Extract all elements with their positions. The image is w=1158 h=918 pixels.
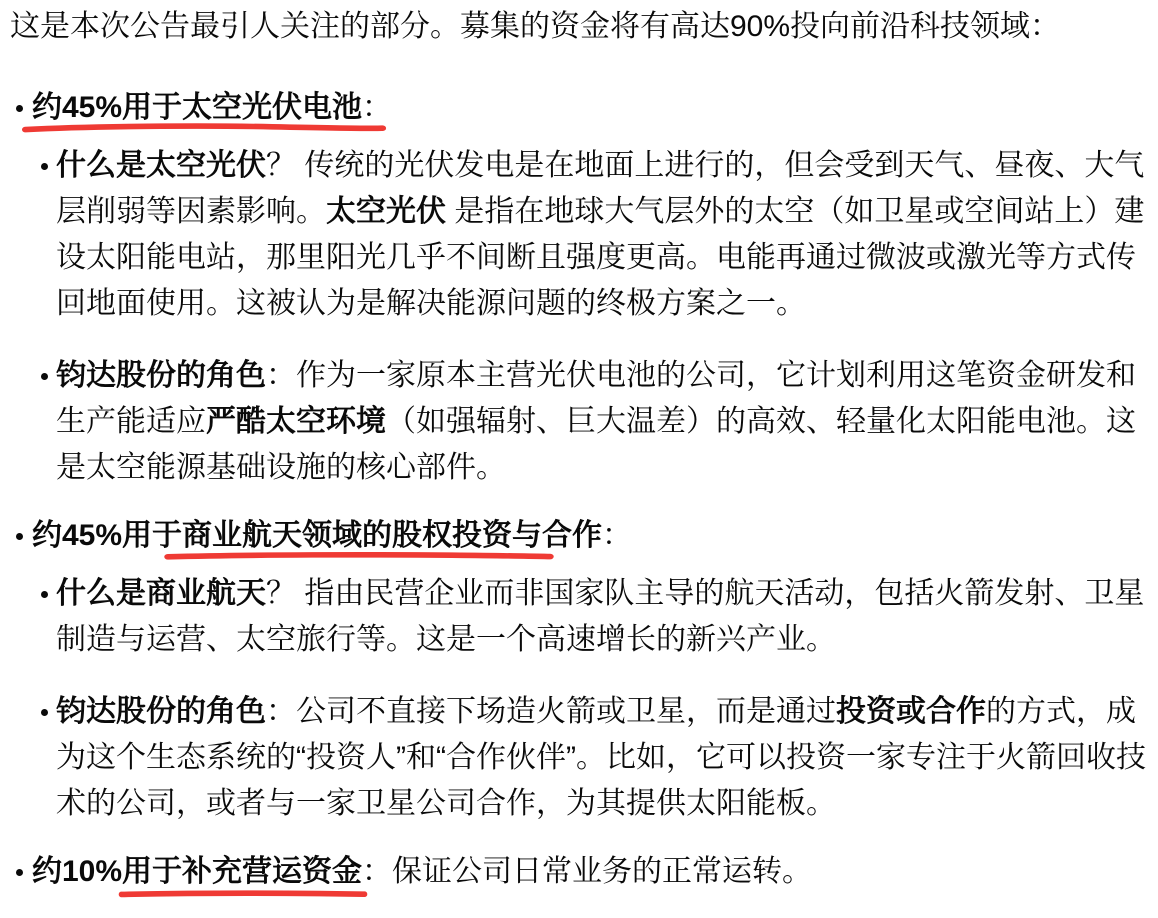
list-item-commercial-space-allocation: 约45%用于商业航天领域的股权投资与合作： 什么是商业航天？ 指由民营企业而非国… [10, 513, 1148, 827]
underlined-text: 商业航天领域的股权投资与 [182, 519, 542, 552]
list-item-working-capital-allocation: 约10%用于补充营运资金：保证公司日常业务的正常运转。 [10, 849, 1148, 895]
intro-text: 这是本次公告最引人关注的部分。募集的资金将有高达90%投向前沿科技领域： [10, 10, 1060, 43]
emphasis-bold: 投资或合作 [836, 695, 986, 728]
heading-pre: 约10% [32, 855, 122, 888]
underlined-phrase: 商业航天领域的股权投资与 [182, 513, 542, 559]
junda-role-pv-paragraph: 钧达股份的角色：作为一家原本主营光伏电池的公司，它计划利用这笔资金研发和生产能适… [56, 353, 1148, 491]
intro-paragraph: 这是本次公告最引人关注的部分。募集的资金将有高达90%投向前沿科技领域： [10, 4, 1148, 50]
heading-space-pv: 约45%用于太空光伏电池： [32, 85, 1148, 131]
underlined-phrase: 用于补充营运资金 [122, 849, 362, 895]
term-bold: 什么是商业航天 [56, 577, 266, 610]
heading-suffix: ： [362, 91, 392, 124]
bullet-icon [16, 533, 23, 540]
document-body: 这是本次公告最引人关注的部分。募集的资金将有高达90%投向前沿科技领域： 约45… [0, 0, 1158, 895]
what-is-commercial-space-paragraph: 什么是商业航天？ 指由民营企业而非国家队主导的航天活动，包括火箭发射、卫星制造与… [56, 571, 1148, 663]
heading-tail: 保证公司日常业务的正常运转。 [392, 855, 812, 888]
list-item-space-pv-allocation: 约45%用于太空光伏电池： 什么是太空光伏？ 传统的光伏发电是在地面上进行的，但… [10, 85, 1148, 491]
heading-bold-text: 约45%用于太空光伏电池 [32, 91, 362, 124]
heading-bold-text: 约10%用于补充营运资金 [32, 855, 362, 888]
space-pv-sublist: 什么是太空光伏？ 传统的光伏发电是在地面上进行的，但会受到天气、昼夜、大气层削弱… [32, 143, 1148, 491]
underlined-text: 用于补充营运资金 [122, 855, 362, 888]
bullet-icon [16, 105, 23, 112]
heading-bold-text: 约45%用于商业航天领域的股权投资与合作 [32, 519, 602, 552]
list-item-what-is-space-pv: 什么是太空光伏？ 传统的光伏发电是在地面上进行的，但会受到天气、昼夜、大气层削弱… [32, 143, 1148, 327]
heading-suffix: ： [362, 855, 392, 888]
term-bold: 钧达股份的角色 [56, 695, 266, 728]
underlined-text: 约45%用于太空光伏电池 [32, 91, 362, 124]
fund-allocation-list: 约45%用于太空光伏电池： 什么是太空光伏？ 传统的光伏发电是在地面上进行的，但… [10, 85, 1148, 895]
emphasis-bold: 严酷太空环境 [206, 405, 386, 438]
heading-post: 合作 [542, 519, 602, 552]
bullet-icon [41, 709, 48, 716]
list-item-junda-role-pv: 钧达股份的角色：作为一家原本主营光伏电池的公司，它计划利用这笔资金研发和生产能适… [32, 353, 1148, 491]
red-marker-underline [116, 888, 370, 900]
bullet-icon [41, 163, 48, 170]
list-item-what-is-commercial-space: 什么是商业航天？ 指由民营企业而非国家队主导的航天活动，包括火箭发射、卫星制造与… [32, 571, 1148, 663]
commercial-space-sublist: 什么是商业航天？ 指由民营企业而非国家队主导的航天活动，包括火箭发射、卫星制造与… [32, 571, 1148, 827]
heading-pre: 约45%用于 [32, 519, 182, 552]
bullet-icon [41, 373, 48, 380]
junda-role-commercial-paragraph: 钧达股份的角色：公司不直接下场造火箭或卫星，而是通过投资或合作的方式，成为这个生… [56, 689, 1148, 827]
heading-suffix: ： [602, 519, 632, 552]
what-is-space-pv-paragraph: 什么是太空光伏？ 传统的光伏发电是在地面上进行的，但会受到天气、昼夜、大气层削弱… [56, 143, 1148, 327]
emphasis-bold: 太空光伏 [326, 195, 446, 228]
term-bold: 钧达股份的角色 [56, 359, 266, 392]
bullet-icon [16, 869, 23, 876]
body-text: ：公司不直接下场造火箭或卫星，而是通过 [266, 695, 836, 728]
term-bold: 什么是太空光伏 [56, 149, 266, 182]
heading-working-capital: 约10%用于补充营运资金：保证公司日常业务的正常运转。 [32, 849, 1148, 895]
list-item-junda-role-commercial: 钧达股份的角色：公司不直接下场造火箭或卫星，而是通过投资或合作的方式，成为这个生… [32, 689, 1148, 827]
underlined-phrase: 约45%用于太空光伏电池 [32, 85, 362, 131]
bullet-icon [41, 591, 48, 598]
heading-commercial-space: 约45%用于商业航天领域的股权投资与合作： [32, 513, 1148, 559]
